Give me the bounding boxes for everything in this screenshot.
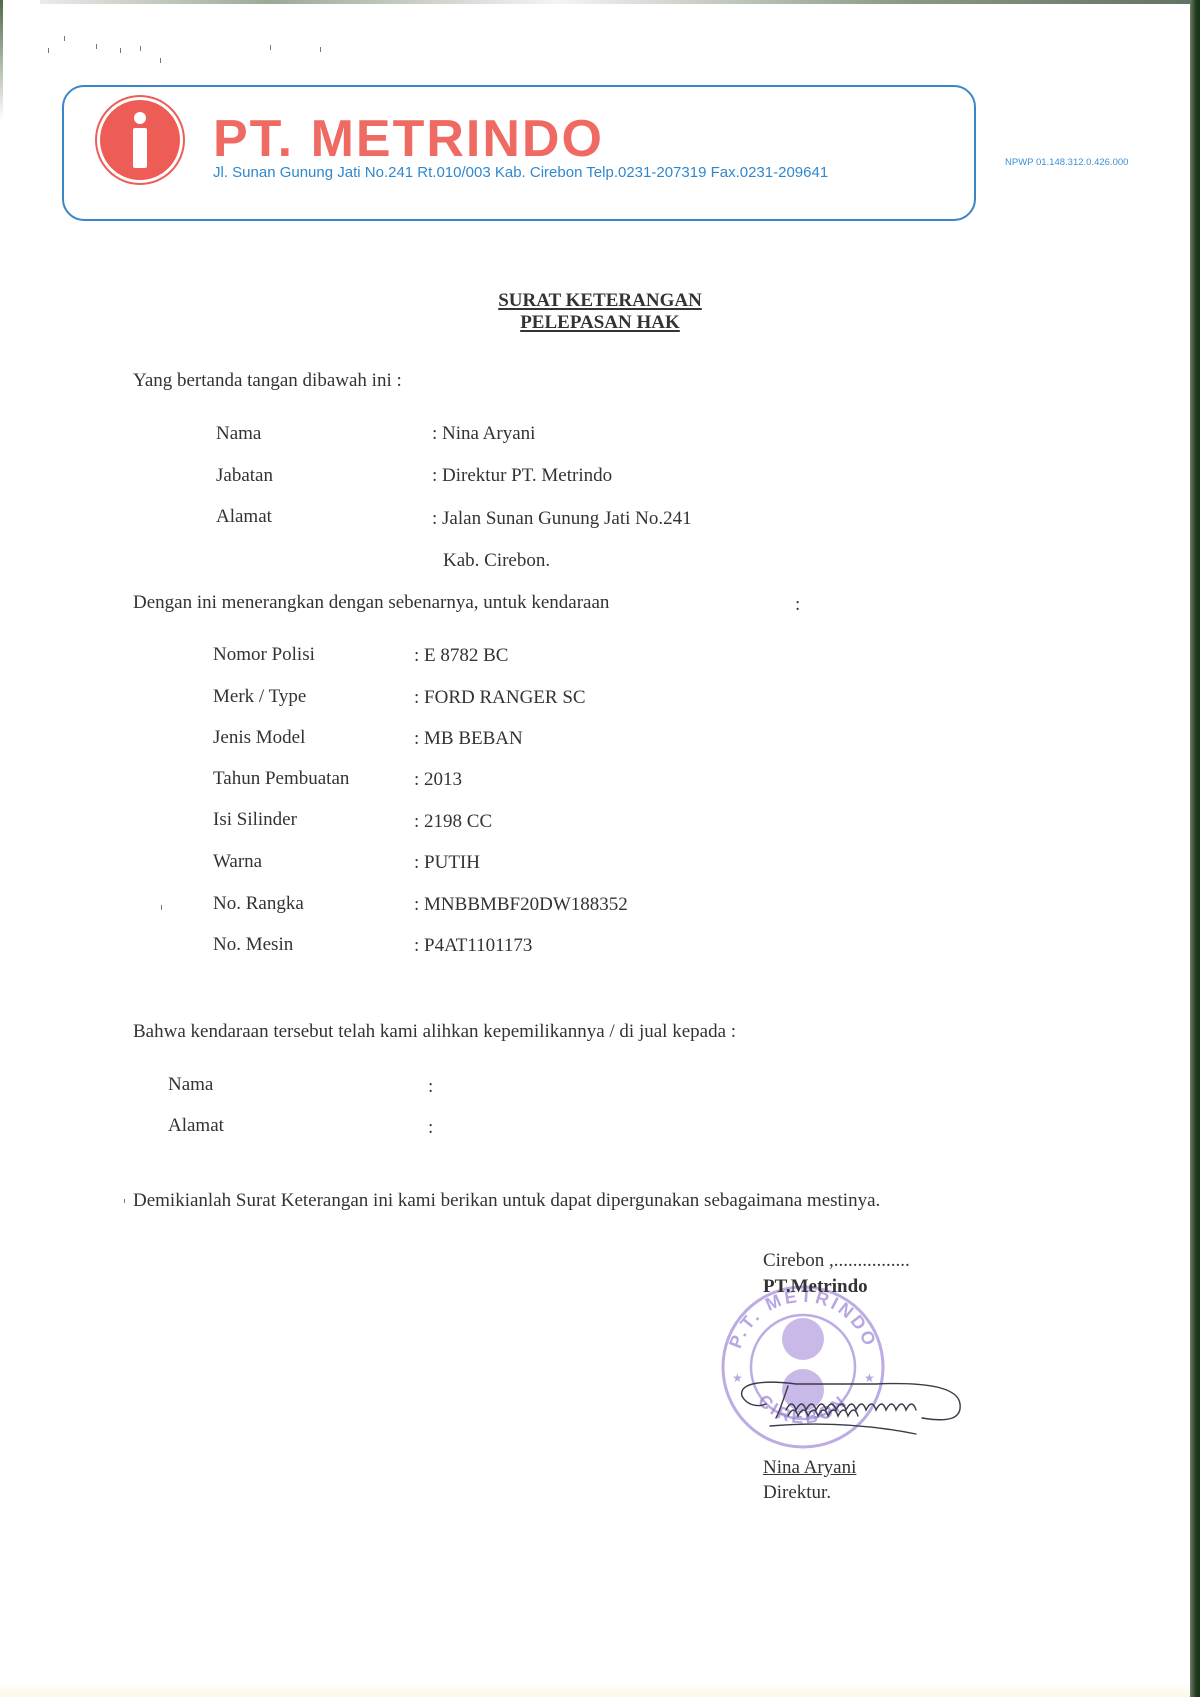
signer-label: Alamat — [216, 506, 272, 528]
scan-speckle — [161, 905, 162, 910]
signer-value: : Nina Aryani — [432, 423, 535, 445]
scan-edge-right — [1190, 0, 1200, 1697]
signer-title: Direktur. — [763, 1482, 831, 1504]
npwp-number: NPWP 01.148.312.0.426.000 — [1005, 157, 1128, 168]
signer-value: : Direktur PT. Metrindo — [432, 465, 612, 487]
vehicle-value: : MNBBMBF20DW188352 — [414, 894, 628, 916]
scan-speckle — [64, 36, 65, 41]
signature-company: PT.Metrindo — [763, 1276, 868, 1298]
vehicle-label: Warna — [213, 851, 262, 873]
scan-speckle — [48, 48, 49, 53]
info-circle-icon — [100, 100, 180, 180]
vehicle-value: : 2198 CC — [414, 811, 492, 833]
signer-label: Nama — [216, 423, 261, 445]
title-line-1: SURAT KETERANGAN — [498, 290, 702, 311]
vehicle-intro-colon: : — [795, 594, 800, 616]
vehicle-value: : FORD RANGER SC — [414, 687, 586, 709]
scan-speckle — [120, 48, 121, 53]
vehicle-value: : P4AT1101173 — [414, 935, 532, 957]
handwritten-signature-icon — [736, 1360, 966, 1440]
logo-bar — [133, 128, 147, 168]
buyer-value: : — [428, 1117, 433, 1139]
vehicle-label: No. Rangka — [213, 893, 304, 915]
transfer-intro-text: Bahwa kendaraan tersebut telah kami alih… — [133, 1021, 736, 1043]
vehicle-value: : MB BEBAN — [414, 728, 523, 750]
signer-name: Nina Aryani — [763, 1457, 856, 1479]
scan-speckle — [96, 44, 97, 49]
scan-edge-left — [0, 0, 3, 120]
intro-text: Yang bertanda tangan dibawah ini : — [133, 370, 402, 392]
title-line-2: PELEPASAN HAK — [520, 312, 680, 333]
buyer-label: Nama — [168, 1074, 213, 1096]
vehicle-label: Jenis Model — [213, 727, 305, 749]
signer-value: Kab. Cirebon. — [443, 550, 550, 572]
vehicle-label: No. Mesin — [213, 934, 293, 956]
scan-edge-bottom — [0, 1683, 1190, 1697]
vehicle-label: Tahun Pembuatan — [213, 768, 349, 790]
document-title: SURAT KETERANGAN PELEPASAN HAK — [0, 290, 1200, 334]
signer-label: Jabatan — [216, 465, 273, 487]
vehicle-value: : E 8782 BC — [414, 645, 508, 667]
vehicle-label: Nomor Polisi — [213, 644, 315, 666]
logo-dot — [134, 112, 146, 124]
closing-paragraph: Demikianlah Surat Keterangan ini kami be… — [133, 1189, 1071, 1213]
company-name: PT. METRINDO — [213, 113, 604, 165]
scan-edge-top — [40, 0, 1190, 4]
vehicle-value: : PUTIH — [414, 852, 480, 874]
buyer-label: Alamat — [168, 1115, 224, 1137]
vehicle-label: Isi Silinder — [213, 809, 297, 831]
signer-value: : Jalan Sunan Gunung Jati No.241 — [432, 508, 692, 530]
scan-speckle — [140, 46, 141, 51]
scan-speckle — [124, 1199, 125, 1203]
scan-speckle — [320, 47, 321, 52]
vehicle-intro-text: Dengan ini menerangkan dengan sebenarnya… — [133, 592, 609, 614]
scan-speckle — [160, 58, 161, 63]
company-address: Jl. Sunan Gunung Jati No.241 Rt.010/003 … — [213, 164, 828, 181]
vehicle-value: : 2013 — [414, 769, 462, 791]
signature-place-date: Cirebon ,................ — [763, 1250, 910, 1272]
vehicle-label: Merk / Type — [213, 686, 306, 708]
buyer-value: : — [428, 1076, 433, 1098]
scan-speckle — [270, 45, 271, 50]
